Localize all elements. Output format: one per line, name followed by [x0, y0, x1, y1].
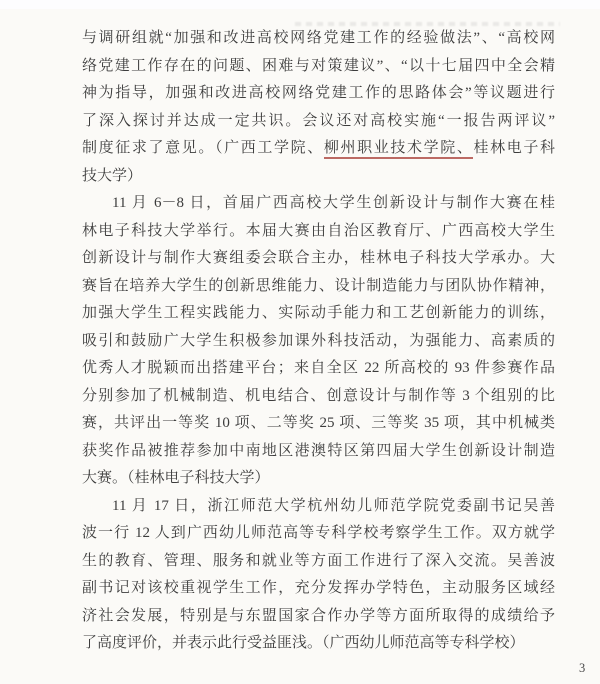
- text-line: 林电子科技大学举行。本届大赛由自治区教育厅、广西高校大学生: [82, 218, 555, 246]
- text-line: 加强大学生工程实践能力、实际动手能力和工艺创新能力的训练，: [82, 300, 555, 328]
- text-line: 济社会发展，特别是与东盟国家合作办学等方面所取得的成绩给予: [82, 603, 555, 631]
- text-segment: 林电子科技大学举行。本届大赛由自治区教育厅、广西高校大学生: [82, 223, 555, 239]
- text-segment: 桂林电子科: [473, 140, 555, 156]
- text-line: 生的教育、管理、服务和就业等方面工作进行了深入交流。吴善波: [82, 548, 555, 576]
- text-segment: 波一行 12 人到广西幼儿师范高等专科学校考察学生工作。双方就学: [82, 525, 555, 541]
- text-line: 赛旨在培养大学生的创新思维能力、设计制造能力与团队协作精神，: [82, 273, 555, 301]
- text-line: 吸引和鼓励广大学生积极参加课外科技活动，为强能力、高素质的: [82, 328, 555, 356]
- text-segment: 了深入探讨并达成一定共识。会议还对高校实施“一报告两评议”: [82, 113, 555, 129]
- text-segment: 获奖作品被推荐参加中南地区港澳特区第四届大学生创新设计制造: [82, 443, 555, 459]
- text-line: 大赛。（桂林电子科技大学）: [82, 465, 555, 493]
- text-segment: 了高度评价，并表示此行受益匪浅。（广西幼儿师范高等专科学校）: [82, 635, 525, 651]
- red-underlined-school-name: 柳州职业技术学院、: [324, 140, 474, 159]
- text-segment: 生的教育、管理、服务和就业等方面工作进行了深入交流。吴善波: [82, 553, 555, 569]
- text-line: 分别参加了机械制造、机电结合、创意设计与制作等 3 个组别的比: [82, 383, 555, 411]
- text-line: 11 月 17 日，浙江师范大学杭州幼儿师范学院党委副书记吴善: [82, 493, 555, 521]
- text-line: 神为指导，加强和改进高校网络党建工作的思路体会”等议题进行: [82, 80, 555, 108]
- page-number: 3: [579, 661, 585, 676]
- text-line: 络党建工作存在的问题、困难与对策建议”、“以十七届四中全会精: [82, 53, 555, 81]
- text-line: 与调研组就“加强和改进高校网络党建工作的经验做法”、“高校网: [82, 25, 555, 53]
- text-segment: 11 月 6－8 日，首届广西高校大学生创新设计与制作大赛在桂: [112, 195, 555, 211]
- text-segment: 制度征求了意见。（广西工学院、: [82, 140, 324, 156]
- text-segment: 济社会发展，特别是与东盟国家合作办学等方面所取得的成绩给予: [82, 608, 555, 624]
- page-top-edge: [0, 0, 600, 9]
- text-segment: 创新设计与制作大赛组委会联合主办，桂林电子科技大学承办。大: [82, 250, 555, 266]
- text-segment: 大赛。（桂林电子科技大学）: [82, 470, 270, 486]
- text-segment: 技大学）: [82, 168, 142, 184]
- text-line: 创新设计与制作大赛组委会联合主办，桂林电子科技大学承办。大: [82, 245, 555, 273]
- text-segment: 赛，共评出一等奖 10 项、二等奖 25 项、三等奖 35 项，其中机械类: [82, 415, 555, 431]
- scanned-document-page: 与调研组就“加强和改进高校网络党建工作的经验做法”、“高校网络党建工作存在的问题…: [0, 0, 600, 684]
- text-segment: 分别参加了机械制造、机电结合、创意设计与制作等 3 个组别的比: [82, 388, 555, 404]
- text-segment: 与调研组就“加强和改进高校网络党建工作的经验做法”、“高校网: [82, 30, 555, 46]
- text-line: 副书记对该校重视学生工作，充分发挥办学特色，主动服务区域经: [82, 575, 555, 603]
- text-segment: 副书记对该校重视学生工作，充分发挥办学特色，主动服务区域经: [82, 580, 555, 596]
- text-line: 技大学）: [82, 163, 555, 191]
- text-line: 获奖作品被推荐参加中南地区港澳特区第四届大学生创新设计制造: [82, 438, 555, 466]
- text-segment: 赛旨在培养大学生的创新思维能力、设计制造能力与团队协作精神，: [82, 278, 555, 294]
- text-line: 波一行 12 人到广西幼儿师范高等专科学校考察学生工作。双方就学: [82, 520, 555, 548]
- text-segment: 神为指导，加强和改进高校网络党建工作的思路体会”等议题进行: [82, 85, 555, 101]
- text-line: 11 月 6－8 日，首届广西高校大学生创新设计与制作大赛在桂: [82, 190, 555, 218]
- document-body: 与调研组就“加强和改进高校网络党建工作的经验做法”、“高校网络党建工作存在的问题…: [82, 25, 555, 658]
- text-line: 优秀人才脱颖而出搭建平台；来自全区 22 所高校的 93 件参赛作品: [82, 355, 555, 383]
- text-segment: 吸引和鼓励广大学生积极参加课外科技活动，为强能力、高素质的: [82, 333, 555, 349]
- text-line: 了深入探讨并达成一定共识。会议还对高校实施“一报告两评议”: [82, 108, 555, 136]
- text-segment: 加强大学生工程实践能力、实际动手能力和工艺创新能力的训练，: [82, 305, 555, 321]
- text-segment: 11 月 17 日，浙江师范大学杭州幼儿师范学院党委副书记吴善: [112, 498, 555, 514]
- text-line: 赛，共评出一等奖 10 项、二等奖 25 项、三等奖 35 项，其中机械类: [82, 410, 555, 438]
- text-segment: 优秀人才脱颖而出搭建平台；来自全区 22 所高校的 93 件参赛作品: [82, 360, 555, 376]
- text-line: 制度征求了意见。（广西工学院、柳州职业技术学院、桂林电子科: [82, 135, 555, 163]
- text-line: 了高度评价，并表示此行受益匪浅。（广西幼儿师范高等专科学校）: [82, 630, 555, 658]
- text-segment: 络党建工作存在的问题、困难与对策建议”、“以十七届四中全会精: [82, 58, 555, 74]
